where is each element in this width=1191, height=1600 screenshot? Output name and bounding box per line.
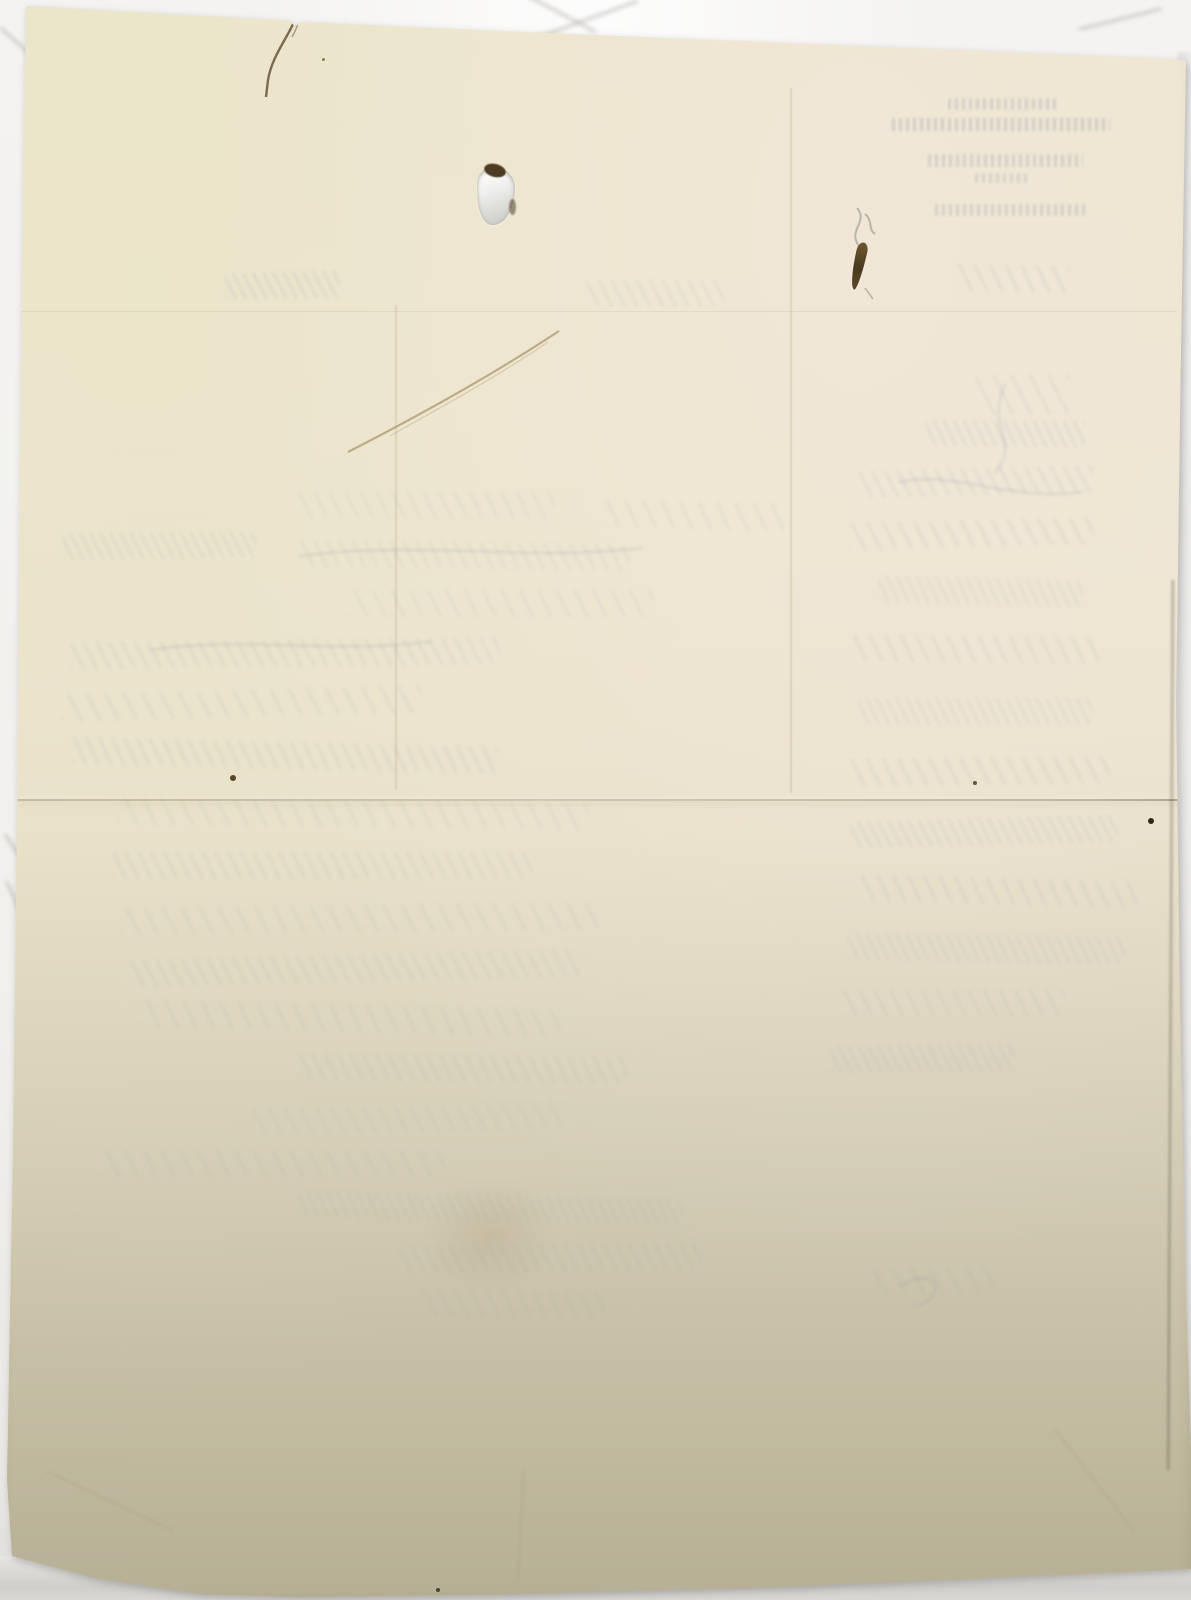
stain-speck <box>1148 818 1154 824</box>
paper-sheet-wrap <box>0 0 1191 1600</box>
stain-speck <box>436 1588 440 1592</box>
stain-speck <box>230 775 236 781</box>
stain-speck <box>322 58 325 61</box>
horizontal-fold-crease <box>18 799 1183 801</box>
paper-sheet <box>0 0 1191 1600</box>
scratch-mark <box>0 0 1191 600</box>
stain-speck <box>973 781 977 785</box>
photo-scene <box>0 0 1191 1600</box>
brown-smudge <box>415 1170 565 1300</box>
